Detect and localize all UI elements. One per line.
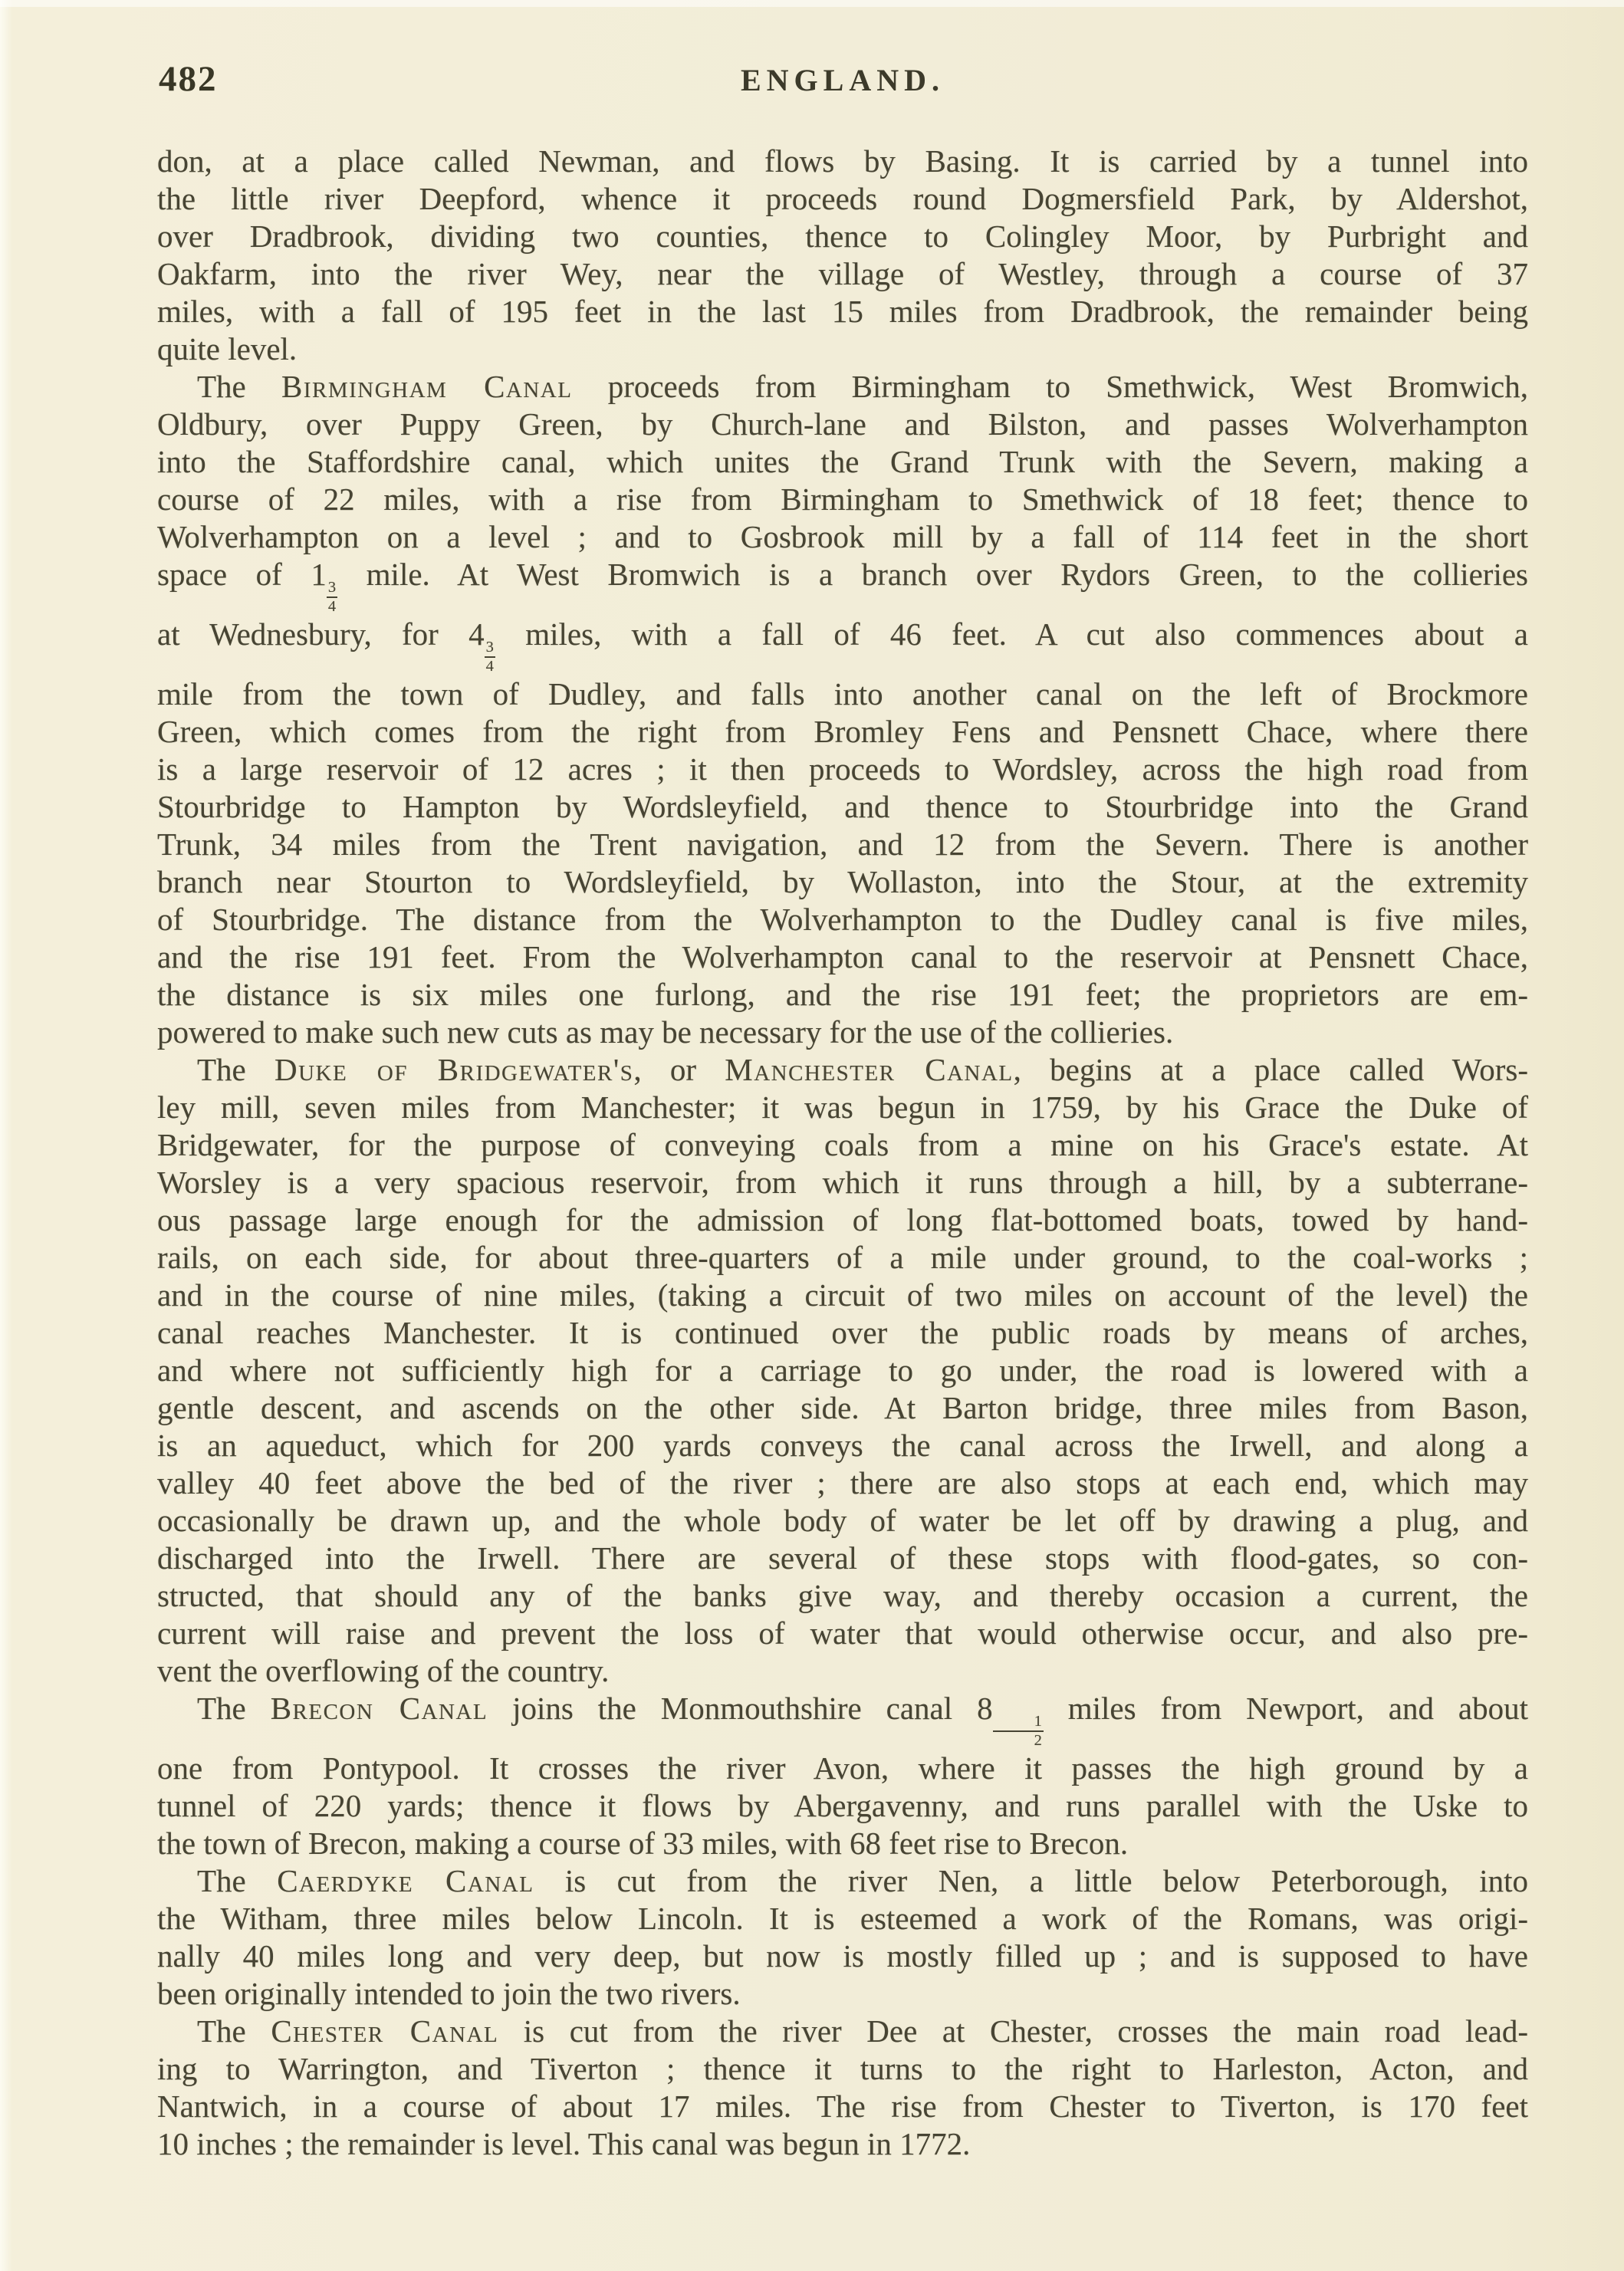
text-line: the distance is six miles one furlong, a… (157, 976, 1528, 1014)
text-run: is a large reservoir of 12 acres ; it th… (157, 751, 1528, 787)
text-line: Oakfarm, into the river Wey, near the vi… (157, 255, 1528, 293)
text-run: ous passage large enough for the admissi… (157, 1202, 1528, 1237)
text-run: ley mill, seven miles from Manchester; i… (157, 1089, 1528, 1125)
text-line: powered to make such new cuts as may be … (157, 1014, 1528, 1051)
text-line: Oldbury, over Puppy Green, by Church-lan… (157, 406, 1528, 443)
text-run: the distance is six miles one furlong, a… (157, 977, 1528, 1012)
text-run: nally 40 miles long and very deep, but n… (157, 1938, 1528, 1974)
text-run: at Wednesbury, for 4 (157, 616, 485, 652)
text-run: into the Staffordshire canal, which unit… (157, 444, 1528, 479)
text-run: branch near Stourton to Wordsleyfield, b… (157, 864, 1528, 899)
text-run: course of 22 miles, with a rise from Bir… (157, 481, 1528, 517)
paragraph: The Caerdyke Canal is cut from the river… (157, 1862, 1528, 2013)
text-line: over Dradbrook, dividing two counties, t… (157, 218, 1528, 255)
text-run: quite level. (157, 331, 297, 366)
text-line: Green, which comes from the right from B… (157, 713, 1528, 751)
text-run: 10 inches ; the remainder is level. This… (157, 2126, 970, 2161)
text-line: course of 22 miles, with a rise from Bir… (157, 481, 1528, 518)
text-run: rails, on each side, for about three-qua… (157, 1240, 1528, 1275)
text-run: is cut from the river Nen, a little belo… (534, 1863, 1528, 1898)
paragraph: don, at a place called Newman, and flows… (157, 143, 1528, 368)
text-run: over Dradbrook, dividing two counties, t… (157, 219, 1528, 254)
text-run: and in the course of nine miles, (taking… (157, 1277, 1528, 1313)
text-run: Trunk, 34 miles from the Trent navigatio… (157, 827, 1528, 862)
stacked-fraction: 34 (327, 579, 337, 616)
text-line: Stourbridge to Hampton by Wordsleyfield,… (157, 788, 1528, 826)
text-line: The Chester Canal is cut from the river … (157, 2013, 1528, 2050)
text-run: current will raise and prevent the loss … (157, 1615, 1528, 1651)
text-run: Bridgewater, for the purpose of conveyin… (157, 1127, 1528, 1162)
text-run: proceeds from Birmingham to Smethwick, W… (572, 369, 1528, 404)
text-run: The (197, 1052, 275, 1087)
text-line: been originally intended to join the two… (157, 1975, 1528, 2013)
text-run: powered to make such new cuts as may be … (157, 1014, 1173, 1050)
text-run: The (197, 1691, 271, 1726)
text-run: occasionally be drawn up, and the whole … (157, 1503, 1528, 1538)
paragraph: The Chester Canal is cut from the river … (157, 2013, 1528, 2163)
text-line: don, at a place called Newman, and flows… (157, 143, 1528, 180)
text-line: mile from the town of Dudley, and falls … (157, 675, 1528, 713)
text-run: The (197, 369, 281, 404)
text-line: into the Staffordshire canal, which unit… (157, 443, 1528, 481)
text-line: and the rise 191 feet. From the Wolverha… (157, 938, 1528, 976)
text-line: at Wednesbury, for 434 miles, with a fal… (157, 616, 1528, 675)
text-run: discharged into the Irwell. There are se… (157, 1540, 1528, 1576)
text-run: Worsley is a very spacious reservoir, fr… (157, 1165, 1528, 1200)
text-run: and where not sufficiently high for a ca… (157, 1352, 1528, 1388)
text-run: Wolverhampton on a level ; and to Gosbro… (157, 519, 1528, 554)
book-page: 482 ENGLAND. don, at a place called Newm… (0, 0, 1624, 2271)
canal-name-smallcaps: Chester Canal (271, 2013, 498, 2049)
text-line: Trunk, 34 miles from the Trent navigatio… (157, 826, 1528, 863)
text-run: vent the overflowing of the country. (157, 1653, 609, 1688)
text-run: Green, which comes from the right from B… (157, 714, 1528, 749)
text-line: ing to Warrington, and Tiverton ; thence… (157, 2050, 1528, 2088)
text-run: and the rise 191 feet. From the Wolverha… (157, 939, 1528, 974)
text-run: the Witham, three miles below Lincoln. I… (157, 1901, 1528, 1936)
text-line: gentle descent, and ascends on the other… (157, 1389, 1528, 1427)
text-line: of Stourbridge. The distance from the Wo… (157, 901, 1528, 938)
text-run: Stourbridge to Hampton by Wordsleyfield,… (157, 789, 1528, 824)
text-run: been originally intended to join the two… (157, 1976, 741, 2011)
text-run: the little river Deepford, whence it pro… (157, 181, 1528, 216)
text-run: mile from the town of Dudley, and falls … (157, 676, 1528, 712)
text-run: canal reaches Manchester. It is continue… (157, 1315, 1528, 1350)
page-header: 482 ENGLAND. (157, 58, 1528, 101)
stacked-fraction: 34 (485, 639, 495, 675)
canal-name-smallcaps: Manchester Canal (725, 1052, 1013, 1087)
text-line: tunnel of 220 yards; thence it flows by … (157, 1787, 1528, 1825)
text-run: joins the Monmouthshire canal 8 (488, 1691, 992, 1726)
text-line: ous passage large enough for the admissi… (157, 1201, 1528, 1239)
text-line: space of 134 mile. At West Bromwich is a… (157, 556, 1528, 616)
text-run: The (197, 1863, 277, 1898)
text-run: miles, with a fall of 195 feet in the la… (157, 294, 1528, 329)
text-line: the little river Deepford, whence it pro… (157, 180, 1528, 218)
text-run: The (197, 2013, 271, 2049)
text-line: The Birmingham Canal proceeds from Birmi… (157, 368, 1528, 406)
text-line: vent the overflowing of the country. (157, 1652, 1528, 1690)
text-run: Oldbury, over Puppy Green, by Church-lan… (157, 406, 1528, 442)
text-line: is an aqueduct, which for 200 yards conv… (157, 1427, 1528, 1464)
paragraph: The Birmingham Canal proceeds from Birmi… (157, 368, 1528, 1051)
text-run: is an aqueduct, which for 200 yards conv… (157, 1428, 1528, 1463)
text-line: Nantwich, in a course of about 17 miles.… (157, 2088, 1528, 2125)
text-line: 10 inches ; the remainder is level. This… (157, 2125, 1528, 2163)
text-line: occasionally be drawn up, and the whole … (157, 1502, 1528, 1540)
canal-name-smallcaps: Brecon Canal (271, 1691, 488, 1726)
text-run: one from Pontypool. It crosses the river… (157, 1750, 1528, 1786)
canal-name-smallcaps: Caerdyke Canal (277, 1863, 534, 1898)
text-run: Oakfarm, into the river Wey, near the vi… (157, 256, 1528, 291)
text-run: mile. At West Bromwich is a branch over … (337, 557, 1528, 592)
canal-name-smallcaps: Duke of Bridgewater's (275, 1052, 633, 1087)
text-run: ing to Warrington, and Tiverton ; thence… (157, 2051, 1528, 2086)
text-run: is cut from the river Dee at Chester, cr… (498, 2013, 1528, 2049)
text-run: structed, that should any of the banks g… (157, 1578, 1528, 1613)
text-run: , begins at a place called Wors- (1014, 1052, 1528, 1087)
text-run: of Stourbridge. The distance from the Wo… (157, 902, 1528, 937)
stacked-fraction: 12 (993, 1713, 1044, 1750)
text-line: The Caerdyke Canal is cut from the river… (157, 1862, 1528, 1900)
text-run: miles from Newport, and about (1044, 1691, 1528, 1726)
text-run: Nantwich, in a course of about 17 miles.… (157, 2089, 1528, 2124)
text-line: structed, that should any of the banks g… (157, 1577, 1528, 1615)
text-line: the town of Brecon, making a course of 3… (157, 1825, 1528, 1862)
text-line: Bridgewater, for the purpose of conveyin… (157, 1126, 1528, 1164)
text-line: quite level. (157, 330, 1528, 368)
text-run: space of 1 (157, 557, 327, 592)
text-run: miles, with a fall of 46 feet. A cut als… (495, 616, 1528, 652)
text-run: , or (633, 1052, 725, 1087)
text-run: gentle descent, and ascends on the other… (157, 1390, 1528, 1425)
text-line: current will raise and prevent the loss … (157, 1615, 1528, 1652)
text-line: discharged into the Irwell. There are se… (157, 1540, 1528, 1577)
text-line: The Brecon Canal joins the Monmouthshire… (157, 1690, 1528, 1750)
text-line: valley 40 feet above the bed of the rive… (157, 1464, 1528, 1502)
text-run: don, at a place called Newman, and flows… (157, 143, 1528, 179)
text-run: the town of Brecon, making a course of 3… (157, 1826, 1128, 1861)
text-line: branch near Stourton to Wordsleyfield, b… (157, 863, 1528, 901)
text-line: rails, on each side, for about three-qua… (157, 1239, 1528, 1277)
text-line: nally 40 miles long and very deep, but n… (157, 1937, 1528, 1975)
paragraph: The Duke of Bridgewater's, or Manchester… (157, 1051, 1528, 1690)
text-line: and in the course of nine miles, (taking… (157, 1277, 1528, 1314)
text-line: the Witham, three miles below Lincoln. I… (157, 1900, 1528, 1937)
text-run: valley 40 feet above the bed of the rive… (157, 1465, 1528, 1500)
paragraph: The Brecon Canal joins the Monmouthshire… (157, 1690, 1528, 1862)
canal-name-smallcaps: Birmingham Canal (281, 369, 572, 404)
text-run: tunnel of 220 yards; thence it flows by … (157, 1788, 1528, 1823)
page-body: don, at a place called Newman, and flows… (157, 143, 1528, 2163)
text-line: one from Pontypool. It crosses the river… (157, 1750, 1528, 1787)
text-line: ley mill, seven miles from Manchester; i… (157, 1089, 1528, 1126)
text-line: canal reaches Manchester. It is continue… (157, 1314, 1528, 1352)
text-line: The Duke of Bridgewater's, or Manchester… (157, 1051, 1528, 1089)
text-line: Worsley is a very spacious reservoir, fr… (157, 1164, 1528, 1201)
text-line: miles, with a fall of 195 feet in the la… (157, 293, 1528, 330)
text-line: is a large reservoir of 12 acres ; it th… (157, 751, 1528, 788)
text-line: and where not sufficiently high for a ca… (157, 1352, 1528, 1389)
text-line: Wolverhampton on a level ; and to Gosbro… (157, 518, 1528, 556)
running-head: ENGLAND. (157, 62, 1528, 98)
